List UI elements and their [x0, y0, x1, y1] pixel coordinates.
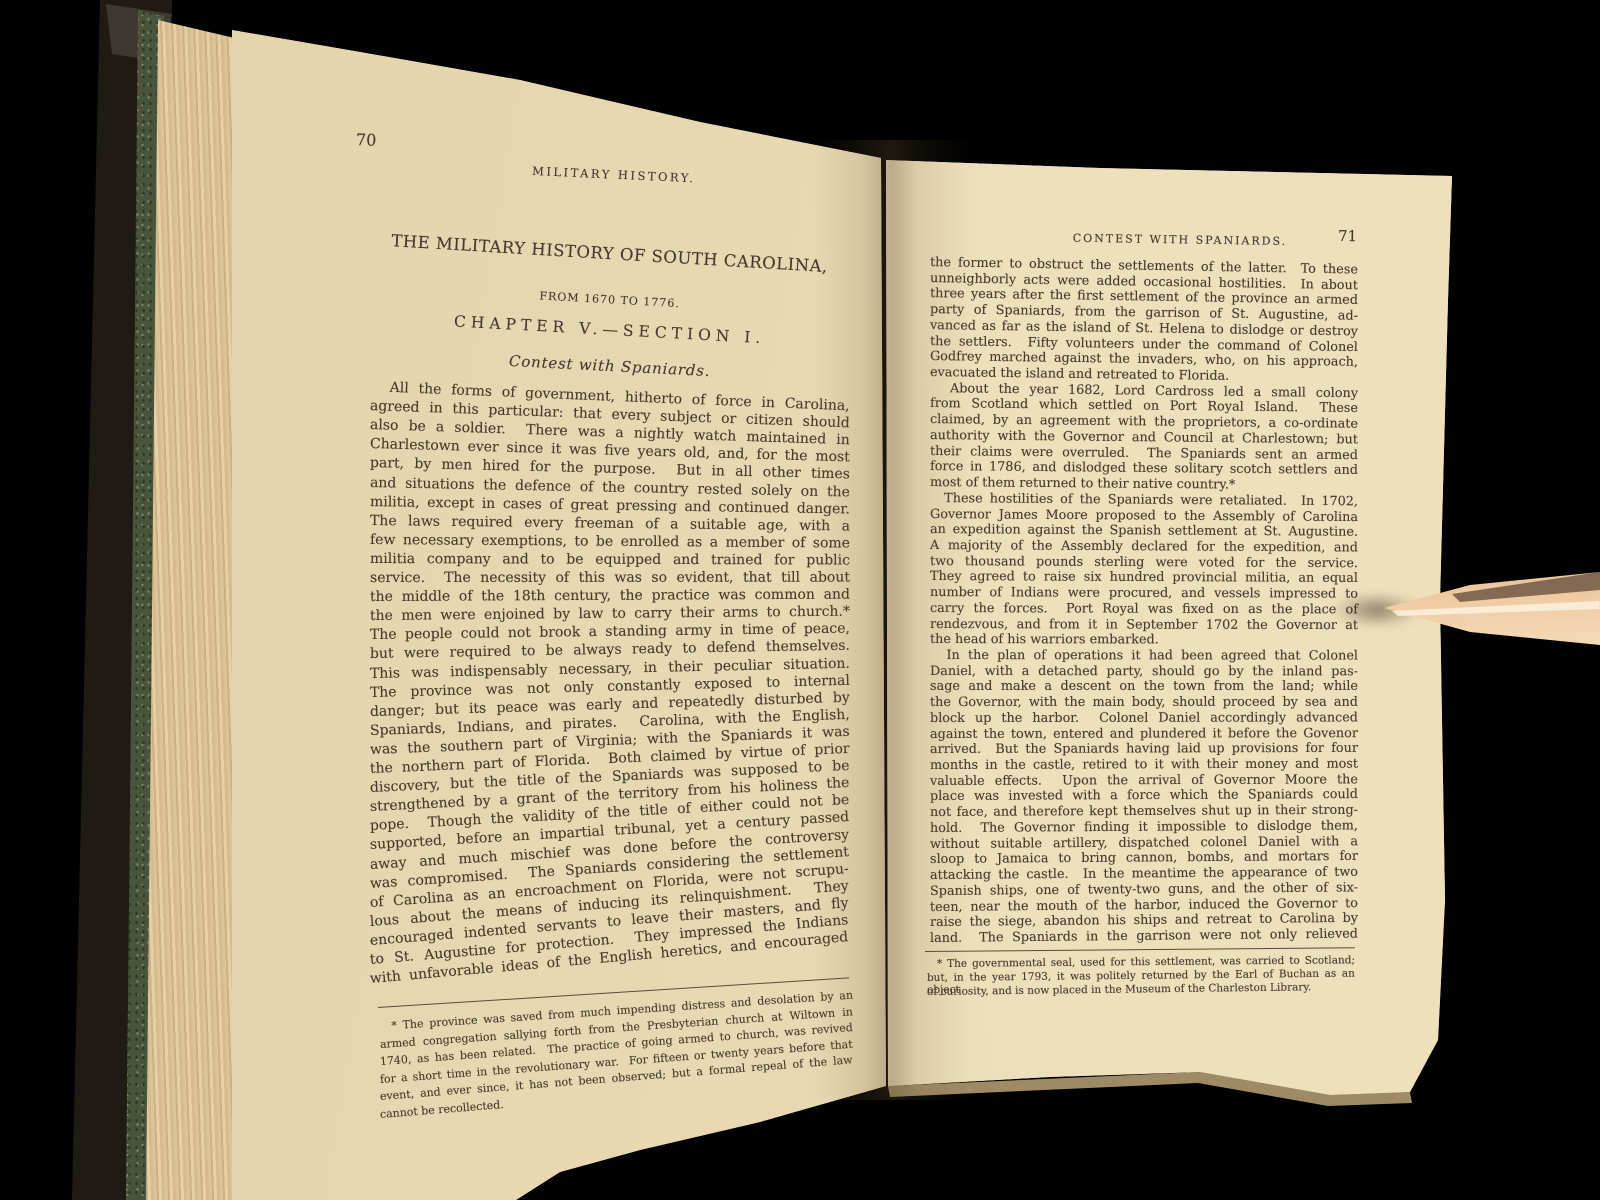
text-line: number of Indians were procured, and ves… [930, 586, 1358, 602]
book-photograph: 70 MILITARY HISTORY. THE MILITARY HISTOR… [0, 0, 1600, 1200]
text-line: They agreed to raise six hundred provinc… [930, 570, 1358, 586]
text-line: the middle of the 18th century, the prac… [370, 588, 850, 606]
right-page-number: 71 [1338, 227, 1357, 245]
text-line: rendezvous, and from it in September 170… [930, 618, 1358, 633]
text-line: against the town, entered and plundered … [930, 727, 1358, 742]
text-line: the head of his warriors embarked. [930, 633, 1358, 648]
text-line: months in the castle, retired to it with… [930, 758, 1358, 774]
text-line: carry the forces. Port Royal was fixed o… [930, 602, 1358, 618]
text-line: service. The necessity of this was so ev… [370, 571, 850, 587]
text-line: block up the harbor. Colonel Daniel acco… [930, 711, 1358, 726]
text-line: sage and make a descent on the town from… [930, 680, 1358, 694]
text-line: the Governor, with the main body, should… [930, 696, 1358, 711]
text-line: Daniel, with a detached party, should go… [930, 665, 1358, 680]
gutter-shadow [812, 140, 972, 1100]
text-line: militia company and to be equipped and t… [370, 552, 850, 569]
text-line: In the plan of operations it had been ag… [930, 649, 1358, 664]
text-line: few necessary exemptions, to be enrolled… [370, 533, 850, 552]
text-line: arrived. But the Spaniards having laid u… [930, 742, 1358, 757]
left-page-number: 70 [356, 130, 377, 150]
text-line: A majority of the Assembly declared for … [930, 539, 1358, 556]
